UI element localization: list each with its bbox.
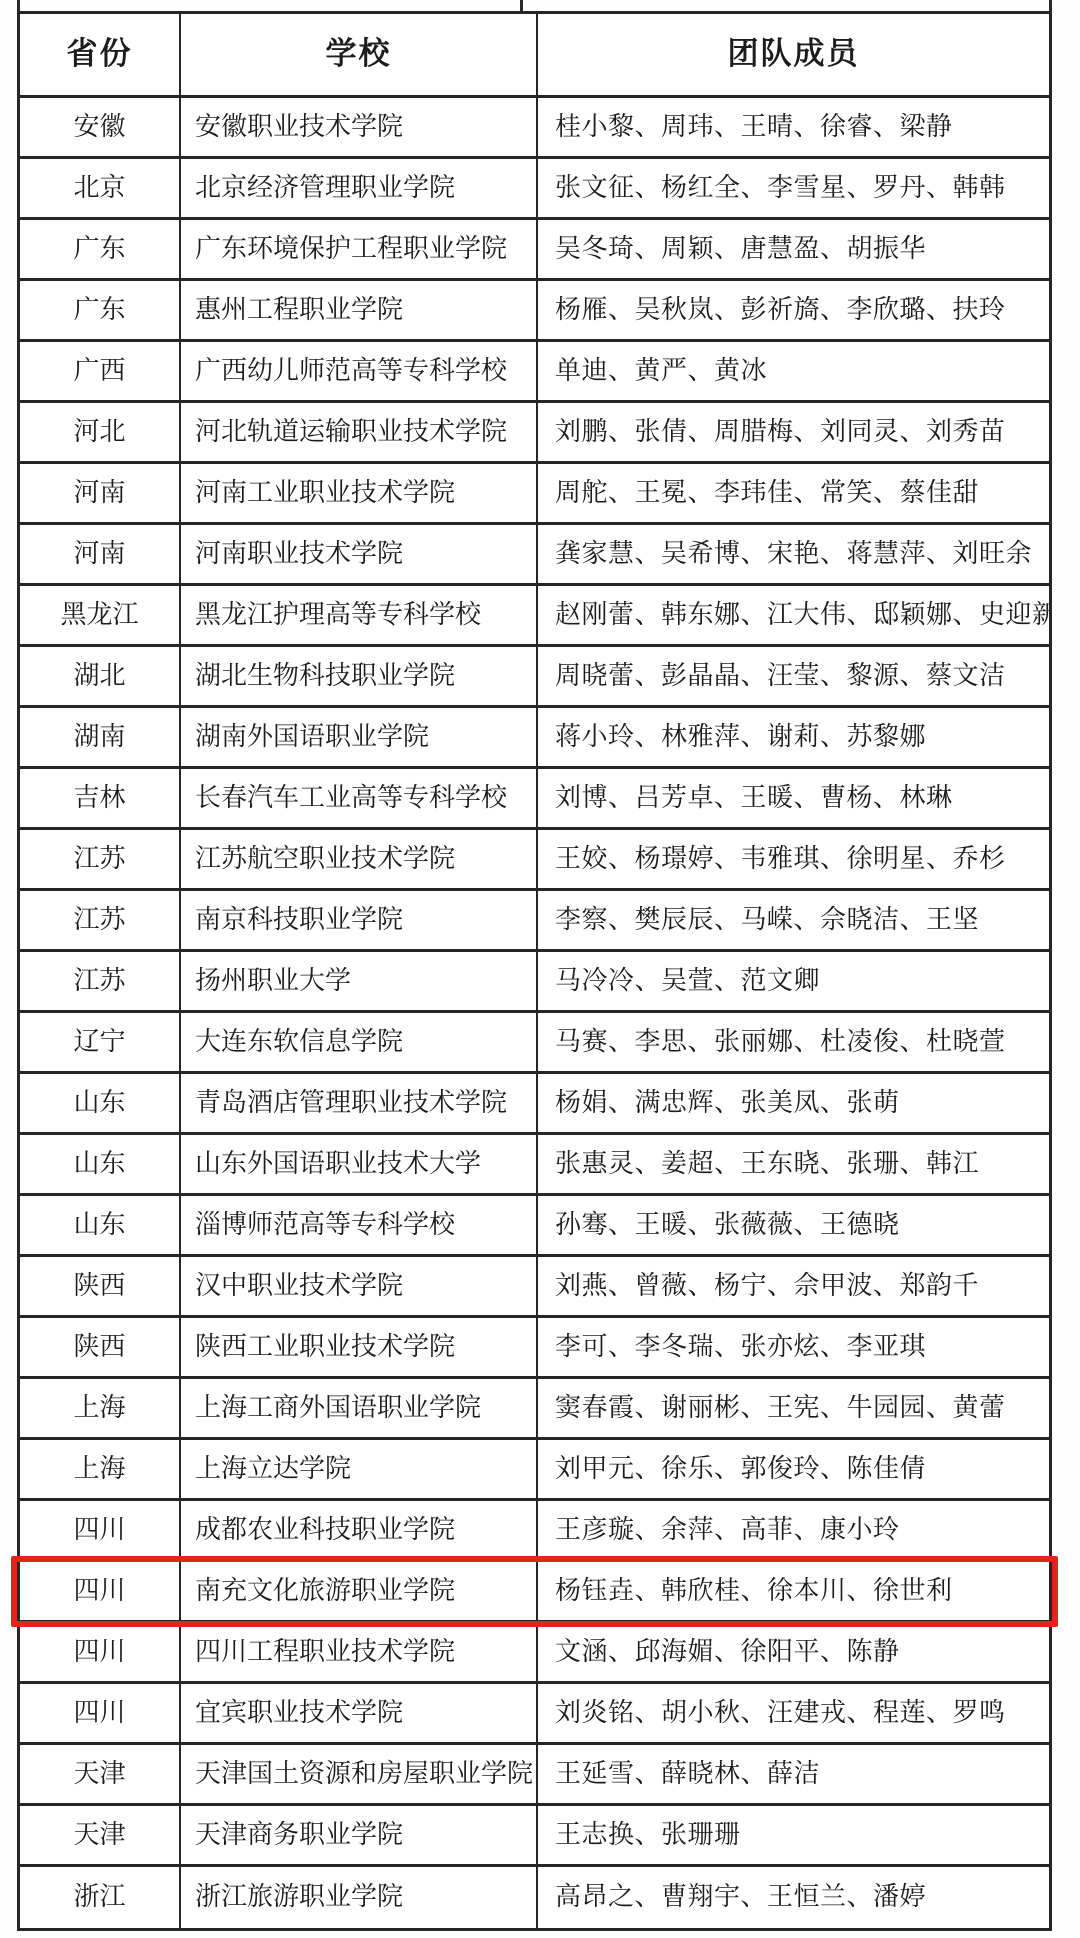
province-cell: 河北 xyxy=(20,403,181,461)
table-row: 广东 惠州工程职业学院 杨雁、吴秋岚、彭祈旖、李欣璐、扶玲 xyxy=(20,281,1049,342)
table-row: 江苏 江苏航空职业技术学院 王姣、杨璟婷、韦雅琪、徐明星、乔杉 xyxy=(20,830,1049,891)
school-cell: 上海工商外国语职业学院 xyxy=(181,1379,538,1437)
school-cell: 江苏航空职业技术学院 xyxy=(181,830,538,888)
table-row: 天津 天津国土资源和房屋职业学院 王延雪、薛晓林、薛洁 xyxy=(20,1745,1049,1806)
school-cell: 山东外国语职业技术大学 xyxy=(181,1135,538,1193)
results-table: 省份 学校 团队成员 安徽 安徽职业技术学院 桂小黎、周玮、王晴、徐睿、梁静 北… xyxy=(17,11,1052,1931)
cutoff-row-border-right xyxy=(1049,0,1052,11)
province-cell: 黑龙江 xyxy=(20,586,181,644)
school-cell: 南充文化旅游职业学院 xyxy=(181,1562,538,1620)
members-cell: 刘炎铭、胡小秋、汪建戎、程莲、罗鸣 xyxy=(538,1684,1049,1742)
school-cell: 安徽职业技术学院 xyxy=(181,98,538,156)
table-row: 河南 河南职业技术学院 龚家慧、吴希博、宋艳、蒋慧萍、刘旺余 xyxy=(20,525,1049,586)
table-row: 上海 上海立达学院 刘甲元、徐乐、郭俊玲、陈佳倩 xyxy=(20,1440,1049,1501)
school-cell: 大连东软信息学院 xyxy=(181,1013,538,1071)
members-cell: 刘燕、曾薇、杨宁、佘甲波、郑韵千 xyxy=(538,1257,1049,1315)
table-row-highlighted: 四川 南充文化旅游职业学院 杨钰垚、韩欣桂、徐本川、徐世利 xyxy=(20,1562,1049,1623)
school-cell: 宜宾职业技术学院 xyxy=(181,1684,538,1742)
table-row: 陕西 汉中职业技术学院 刘燕、曾薇、杨宁、佘甲波、郑韵千 xyxy=(20,1257,1049,1318)
table-row: 北京 北京经济管理职业学院 张文征、杨红全、李雪星、罗丹、韩韩 xyxy=(20,159,1049,220)
table-header-row: 省份 学校 团队成员 xyxy=(20,14,1049,98)
members-cell: 李可、李冬瑞、张亦炫、李亚琪 xyxy=(538,1318,1049,1376)
province-cell: 四川 xyxy=(20,1562,181,1620)
table-row: 吉林 长春汽车工业高等专科学校 刘博、吕芳卓、王暖、曹杨、林琳 xyxy=(20,769,1049,830)
members-cell: 单迪、黄严、黄冰 xyxy=(538,342,1049,400)
members-cell: 文涵、邱海媚、徐阳平、陈静 xyxy=(538,1623,1049,1681)
table-row: 广东 广东环境保护工程职业学院 吴冬琦、周颖、唐慧盈、胡振华 xyxy=(20,220,1049,281)
members-cell: 王志换、张珊珊 xyxy=(538,1806,1049,1864)
school-cell: 四川工程职业技术学院 xyxy=(181,1623,538,1681)
province-cell: 山东 xyxy=(20,1135,181,1193)
table-row: 山东 青岛酒店管理职业技术学院 杨娟、满忠辉、张美凤、张萌 xyxy=(20,1074,1049,1135)
members-cell: 龚家慧、吴希博、宋艳、蒋慧萍、刘旺余 xyxy=(538,525,1049,583)
table-row: 湖北 湖北生物科技职业学院 周晓蕾、彭晶晶、汪莹、黎源、蔡文洁 xyxy=(20,647,1049,708)
province-cell: 陕西 xyxy=(20,1318,181,1376)
table-row: 天津 天津商务职业学院 王志换、张珊珊 xyxy=(20,1806,1049,1867)
header-members: 团队成员 xyxy=(538,14,1049,95)
school-cell: 河北轨道运输职业技术学院 xyxy=(181,403,538,461)
table-row: 安徽 安徽职业技术学院 桂小黎、周玮、王晴、徐睿、梁静 xyxy=(20,98,1049,159)
table-row: 四川 宜宾职业技术学院 刘炎铭、胡小秋、汪建戎、程莲、罗鸣 xyxy=(20,1684,1049,1745)
members-cell: 张文征、杨红全、李雪星、罗丹、韩韩 xyxy=(538,159,1049,217)
school-cell: 汉中职业技术学院 xyxy=(181,1257,538,1315)
school-cell: 南京科技职业学院 xyxy=(181,891,538,949)
province-cell: 四川 xyxy=(20,1623,181,1681)
school-cell: 长春汽车工业高等专科学校 xyxy=(181,769,538,827)
members-cell: 赵刚蕾、韩东娜、江大伟、邸颖娜、史迎新 xyxy=(538,586,1049,644)
province-cell: 安徽 xyxy=(20,98,181,156)
province-cell: 吉林 xyxy=(20,769,181,827)
table-row: 河北 河北轨道运输职业技术学院 刘鹏、张倩、周腊梅、刘同灵、刘秀苗 xyxy=(20,403,1049,464)
school-cell: 青岛酒店管理职业技术学院 xyxy=(181,1074,538,1132)
members-cell: 杨雁、吴秋岚、彭祈旖、李欣璐、扶玲 xyxy=(538,281,1049,339)
table-row: 江苏 扬州职业大学 马冷冷、吴萱、范文卿 xyxy=(20,952,1049,1013)
members-cell: 窦春霞、谢丽彬、王宪、牛园园、黄蕾 xyxy=(538,1379,1049,1437)
table-row: 浙江 浙江旅游职业学院 高昂之、曹翔宇、王恒兰、潘婷 xyxy=(20,1867,1049,1928)
document-page: 省份 学校 团队成员 安徽 安徽职业技术学院 桂小黎、周玮、王晴、徐睿、梁静 北… xyxy=(0,0,1080,1938)
members-cell: 李察、樊辰辰、马嵘、佘晓洁、王坚 xyxy=(538,891,1049,949)
province-cell: 上海 xyxy=(20,1440,181,1498)
school-cell: 上海立达学院 xyxy=(181,1440,538,1498)
province-cell: 浙江 xyxy=(20,1867,181,1928)
province-cell: 山东 xyxy=(20,1196,181,1254)
members-cell: 刘甲元、徐乐、郭俊玲、陈佳倩 xyxy=(538,1440,1049,1498)
school-cell: 天津商务职业学院 xyxy=(181,1806,538,1864)
table-row: 山东 淄博师范高等专科学校 孙骞、王暖、张薇薇、王德晓 xyxy=(20,1196,1049,1257)
members-cell: 周晓蕾、彭晶晶、汪莹、黎源、蔡文洁 xyxy=(538,647,1049,705)
members-cell: 王延雪、薛晓林、薛洁 xyxy=(538,1745,1049,1803)
members-cell: 吴冬琦、周颖、唐慧盈、胡振华 xyxy=(538,220,1049,278)
members-cell: 孙骞、王暖、张薇薇、王德晓 xyxy=(538,1196,1049,1254)
members-cell: 刘鹏、张倩、周腊梅、刘同灵、刘秀苗 xyxy=(538,403,1049,461)
cutoff-row-border-mid xyxy=(520,0,523,11)
school-cell: 广西幼儿师范高等专科学校 xyxy=(181,342,538,400)
members-cell: 高昂之、曹翔宇、王恒兰、潘婷 xyxy=(538,1867,1049,1928)
school-cell: 淄博师范高等专科学校 xyxy=(181,1196,538,1254)
table-body: 安徽 安徽职业技术学院 桂小黎、周玮、王晴、徐睿、梁静 北京 北京经济管理职业学… xyxy=(20,98,1049,1928)
table-row: 黑龙江 黑龙江护理高等专科学校 赵刚蕾、韩东娜、江大伟、邸颖娜、史迎新 xyxy=(20,586,1049,647)
province-cell: 四川 xyxy=(20,1684,181,1742)
province-cell: 广西 xyxy=(20,342,181,400)
members-cell: 杨娟、满忠辉、张美凤、张萌 xyxy=(538,1074,1049,1132)
table-row: 江苏 南京科技职业学院 李察、樊辰辰、马嵘、佘晓洁、王坚 xyxy=(20,891,1049,952)
school-cell: 惠州工程职业学院 xyxy=(181,281,538,339)
school-cell: 成都农业科技职业学院 xyxy=(181,1501,538,1559)
school-cell: 河南工业职业技术学院 xyxy=(181,464,538,522)
province-cell: 四川 xyxy=(20,1501,181,1559)
members-cell: 张惠灵、姜超、王东晓、张珊、韩江 xyxy=(538,1135,1049,1193)
school-cell: 北京经济管理职业学院 xyxy=(181,159,538,217)
table-row: 陕西 陕西工业职业技术学院 李可、李冬瑞、张亦炫、李亚琪 xyxy=(20,1318,1049,1379)
school-cell: 陕西工业职业技术学院 xyxy=(181,1318,538,1376)
province-cell: 北京 xyxy=(20,159,181,217)
province-cell: 河南 xyxy=(20,525,181,583)
table-row: 山东 山东外国语职业技术大学 张惠灵、姜超、王东晓、张珊、韩江 xyxy=(20,1135,1049,1196)
members-cell: 王姣、杨璟婷、韦雅琪、徐明星、乔杉 xyxy=(538,830,1049,888)
province-cell: 天津 xyxy=(20,1806,181,1864)
table-row: 上海 上海工商外国语职业学院 窦春霞、谢丽彬、王宪、牛园园、黄蕾 xyxy=(20,1379,1049,1440)
table-row: 湖南 湖南外国语职业学院 蒋小玲、林雅萍、谢莉、苏黎娜 xyxy=(20,708,1049,769)
province-cell: 广东 xyxy=(20,281,181,339)
province-cell: 湖北 xyxy=(20,647,181,705)
cutoff-row-border-left xyxy=(17,0,20,11)
province-cell: 陕西 xyxy=(20,1257,181,1315)
school-cell: 黑龙江护理高等专科学校 xyxy=(181,586,538,644)
header-school: 学校 xyxy=(181,14,538,95)
school-cell: 浙江旅游职业学院 xyxy=(181,1867,538,1928)
school-cell: 河南职业技术学院 xyxy=(181,525,538,583)
table-row: 广西 广西幼儿师范高等专科学校 单迪、黄严、黄冰 xyxy=(20,342,1049,403)
province-cell: 江苏 xyxy=(20,952,181,1010)
members-cell: 马赛、李思、张丽娜、杜凌俊、杜晓萱 xyxy=(538,1013,1049,1071)
school-cell: 广东环境保护工程职业学院 xyxy=(181,220,538,278)
members-cell: 王彦璇、余萍、高菲、康小玲 xyxy=(538,1501,1049,1559)
province-cell: 广东 xyxy=(20,220,181,278)
province-cell: 上海 xyxy=(20,1379,181,1437)
province-cell: 天津 xyxy=(20,1745,181,1803)
province-cell: 山东 xyxy=(20,1074,181,1132)
province-cell: 湖南 xyxy=(20,708,181,766)
members-cell: 杨钰垚、韩欣桂、徐本川、徐世利 xyxy=(538,1562,1049,1620)
school-cell: 湖北生物科技职业学院 xyxy=(181,647,538,705)
table-row: 四川 成都农业科技职业学院 王彦璇、余萍、高菲、康小玲 xyxy=(20,1501,1049,1562)
province-cell: 辽宁 xyxy=(20,1013,181,1071)
province-cell: 河南 xyxy=(20,464,181,522)
members-cell: 蒋小玲、林雅萍、谢莉、苏黎娜 xyxy=(538,708,1049,766)
table-row: 辽宁 大连东软信息学院 马赛、李思、张丽娜、杜凌俊、杜晓萱 xyxy=(20,1013,1049,1074)
table-row: 河南 河南工业职业技术学院 周舵、王冕、李玮佳、常笑、蔡佳甜 xyxy=(20,464,1049,525)
members-cell: 周舵、王冕、李玮佳、常笑、蔡佳甜 xyxy=(538,464,1049,522)
province-cell: 江苏 xyxy=(20,830,181,888)
members-cell: 桂小黎、周玮、王晴、徐睿、梁静 xyxy=(538,98,1049,156)
province-cell: 江苏 xyxy=(20,891,181,949)
school-cell: 湖南外国语职业学院 xyxy=(181,708,538,766)
members-cell: 刘博、吕芳卓、王暖、曹杨、林琳 xyxy=(538,769,1049,827)
header-province: 省份 xyxy=(20,14,181,95)
school-cell: 扬州职业大学 xyxy=(181,952,538,1010)
table-row: 四川 四川工程职业技术学院 文涵、邱海媚、徐阳平、陈静 xyxy=(20,1623,1049,1684)
members-cell: 马冷冷、吴萱、范文卿 xyxy=(538,952,1049,1010)
school-cell: 天津国土资源和房屋职业学院 xyxy=(181,1745,538,1803)
